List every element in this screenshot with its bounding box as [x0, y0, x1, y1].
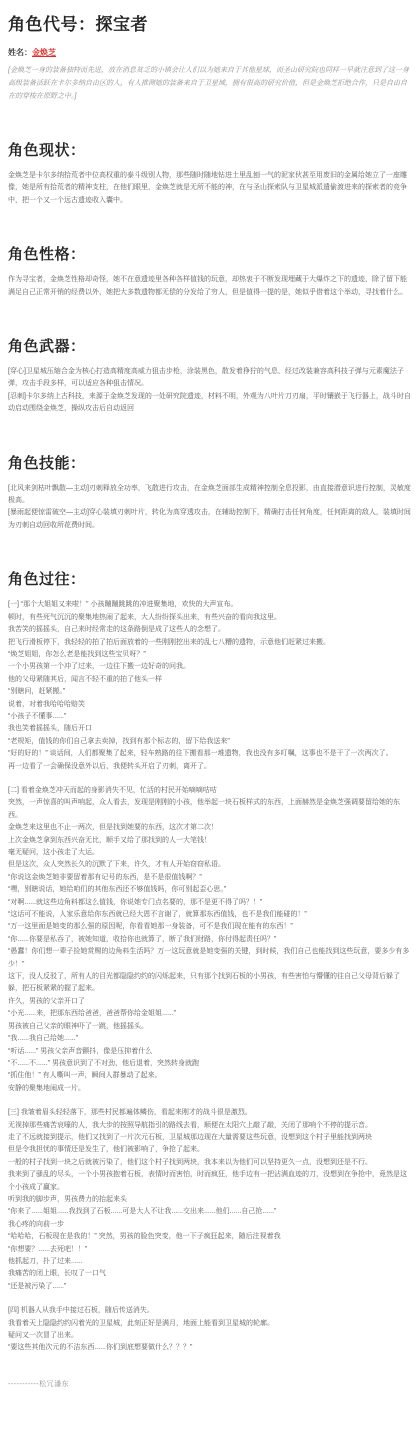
paragraph: “我......我自己给她......”: [8, 1033, 412, 1045]
paragraph: 疑问又一次冒了出来。: [8, 1330, 412, 1342]
paragraph: 但是令我担忧的事情还是发生了，他们被影响了，争抢了起来。: [8, 1144, 412, 1156]
paragraph: 一般的村子找到一块之后就被污染了，他们这个村子找到两块，我本来以为他们可以坚持更…: [8, 1157, 412, 1169]
paragraph: 上次金焕芝拿到东西兴奋无比，顺手又给了那找到的人一大笔钱！: [8, 835, 412, 847]
paragraph: [二] 看着金焕芝冲天而起的身影消失不见，忙活的村民开始嘀嘀咕咕: [8, 785, 412, 797]
paragraph: “要这些其他次元的不洁东西......你们到底想要做什么？？？”: [8, 1342, 412, 1354]
paragraph: 金焕芝来这里也不止一两次，但是找到她要的东西，这次才第二次！: [8, 822, 412, 834]
paragraph: “万一这里面是她变的那么强的原因呢，你看看她那一身装备，可不是我们现在能有的东西…: [8, 921, 412, 933]
paragraph: “这话可不能说，人家乐意给你东西就已经大恩不言谢了，就算那东西值钱，也不是我们能…: [8, 909, 412, 921]
paragraph: “别瞎问，赶紧搬。”: [8, 686, 412, 698]
paragraph: 说着，对着我哈哈哈赔笑: [8, 699, 412, 711]
paragraph: 一个小男孩第一个冲了过来，一边往下搬一边好奇的问我。: [8, 661, 412, 673]
paragraph: “老规矩，值钱的你们自己拿去卖掉，找到有那个标志的，留下给我送来”: [8, 736, 412, 748]
paragraph: “你......你要是私吞了，被她知道，收拾你也就算了，断了我们财路，你付得起责…: [8, 934, 412, 946]
paragraph: “焕芝姐姐，你怎么老是能找到这些宝贝呀？”: [8, 649, 412, 661]
section-heading: 角色过往：: [8, 568, 412, 589]
paragraph: 作为寻宝者，金焕芝性格却奇怪，她不在意遗迹里各种各样值钱的玩意，却热衷于不断发现…: [8, 274, 412, 299]
paragraph: 这下，没人反驳了，所有人的目光都隐隐约约的闪烁起来，只有那个找到石板的小男孩，有…: [8, 971, 412, 996]
paragraph: 走了不远就接到提示，他们又找到了一片次元石板，卫星城那边现在大量需要这些玩意，没…: [8, 1132, 412, 1144]
paragraph: “你来了......姐姐......我找到了石板......可是大人不让我...…: [8, 1206, 412, 1218]
paragraph: 他的父母紧随其后，闻言不轻不重的拍了他头一样: [8, 674, 412, 686]
paragraph: “哈哈哈，石板现在是我的！” 突然，男孩的脸色突变，他一下子疯狂起来，随后注视着…: [8, 1231, 412, 1243]
paragraph: [忍刺]卡尔多纳上古科技，来源于金焕芝发现的一处研究院遗迹，材料不明，外观为八叶…: [8, 391, 412, 416]
paragraph: 我来到了骚乱的尽头，一个小男孩抱着石板，表情时而害怕，时而疯狂，他手边有一把沾满…: [8, 1169, 412, 1194]
paragraph: “抓住他！” 有人嘶叫一声，瞬间人群暴动了起来。: [8, 1070, 412, 1082]
paragraph: 我看着天上隐隐约约闪着光的卫星城，此刻正好是满月，地面上能看到卫星城的轮廓。: [8, 1318, 412, 1330]
name-link[interactable]: 金焕芝: [32, 48, 56, 57]
paragraph: “你说这金焕芝她非要留着那有记号的东西，是不是很值钱啊？”: [8, 872, 412, 884]
paragraph: “愚蠢！你们想一辈子捡她赏赐的边角料生活吗？万一这玩意就是她变强的关键，到时候，…: [8, 946, 412, 971]
paragraph: “还是被污染了......”: [8, 1281, 412, 1293]
paragraph: [四] 机器人从我手中接过石板，随后传送消失。: [8, 1305, 412, 1317]
section-heading: 角色技能：: [8, 452, 412, 473]
section-heading: 角色现状：: [8, 139, 412, 160]
paragraph: 顿时，有些死气沉沉的聚集地热闹了起来，大人纷纷探头出来，有些兴奋的看向我这里。: [8, 612, 412, 624]
sections: 角色现状：金焕芝是卡尔多纳拾荒者中位高权重的泰斗级别人物，那些随时随地钻进土里乱…: [8, 139, 412, 1355]
paragraph: 再一边看了一会确保没意外以后，我便转头开启了刃刺，离开了。: [8, 761, 412, 773]
section-heading: 角色武器：: [8, 335, 412, 356]
paragraph: “对啊......就这些边角料都这么值钱，你说她专门点名要的，那不是更不得了吗？…: [8, 897, 412, 909]
paragraph: 把飞行滑板停下，我轻轻的拍了拍后面放着的一些刚刚挖出来的乱七八糟的遗物，示意他们…: [8, 637, 412, 649]
paragraph: “你想要？......去死吧！！”: [8, 1244, 412, 1256]
paragraph: 男孩被自己父亲的眼神吓了一跳，他摇摇头。: [8, 1021, 412, 1033]
section-heading: 角色性格：: [8, 243, 412, 264]
paragraph: 突然，一声惊喜的叫声响起，众人看去，发现是刚刚的小孩，他举起一块石板样式的东西，…: [8, 797, 412, 822]
page-title: 角色代号：探宝者: [8, 10, 412, 35]
paragraph: [北风来剑枯叶飘散—主动]刃刺释放全功率，飞散进行攻击，在金焕芝面部生成精神控制…: [8, 483, 412, 508]
paragraph: 他抓起刀，扑了过来......: [8, 1256, 412, 1268]
character-profile-document: 角色代号：探宝者 姓名：金焕芝 [金焕芝一身的装备独特而先进，放在消息贫乏的小镇…: [0, 0, 420, 1436]
paragraph: “不......不......” 男孩意识到了不对劲，他后退着，突然转身就跑: [8, 1058, 412, 1070]
paragraph: [三] 我皱着眉头轻轻落下，那些村民都遍体鳞伤，看起来刚才的战斗很是激烈。: [8, 1107, 412, 1119]
paragraph: 无视掉那些痛苦哀嚎的人，我大步的按照导航指引的路线去看，顺便在太阳穴上敲了敲，关…: [8, 1120, 412, 1132]
paragraph: [一] “那个大姐姐又来啦！” 小孩蹦蹦跳跳的冲进聚集地，欢快的大声宣布。: [8, 599, 412, 611]
paragraph-gap: [8, 1293, 412, 1305]
paragraph-gap: [8, 773, 412, 785]
paragraph: 我苦笑的摇摇头，自己来时经常走的这条路倒是成了这些人的念想了。: [8, 624, 412, 636]
name-label: 姓名：: [8, 48, 32, 57]
paragraph: 我心疼的向前一步: [8, 1219, 412, 1231]
paragraph: “嘿，别瞎说话，她给咱们的其他东西还不够值钱吗，你可别起歪心思。”: [8, 884, 412, 896]
paragraph-gap: [8, 1095, 412, 1107]
paragraph: “小孩子不懂事......”: [8, 711, 412, 723]
paragraph: “听话......” 男孩父亲声音颤抖，像是压抑着什么: [8, 1046, 412, 1058]
paragraph: 听到我的脚步声，男孩费力的抬起来头: [8, 1194, 412, 1206]
section: 角色性格：作为寻宝者，金焕芝性格却奇怪，她不在意遗迹里各种各样值钱的玩意，却热衷…: [8, 243, 412, 299]
paragraph: 我也笑着摇摇头，随后开口: [8, 723, 412, 735]
paragraph: 金焕芝是卡尔多纳拾荒者中位高权重的泰斗级别人物，那些随时随地钻进土里乱刨一气的泥…: [8, 170, 412, 207]
intro-paragraph: [金焕芝一身的装备独特而先进，放在消息贫乏的小镇会让人们以为她来自于其他星球，而…: [8, 64, 412, 103]
paragraph: 毫无疑问，这小孩走了大运。: [8, 847, 412, 859]
paragraph: “小光......来，把那东西给爸爸，爸爸帮你给金姐姐......”: [8, 1008, 412, 1020]
section: 角色技能：[北风来剑枯叶飘散—主动]刃刺释放全功率，飞散进行攻击，在金焕芝面部生…: [8, 452, 412, 533]
paragraph: 但是这次，众人突然长久的沉默了下来，许久，才有人开始窃窃私语。: [8, 859, 412, 871]
section: 角色现状：金焕芝是卡尔多纳拾荒者中位高权重的泰斗级别人物，那些随时随地钻进土里乱…: [8, 139, 412, 207]
section: 角色过往：[一] “那个大姐姐又来啦！” 小孩蹦蹦跳跳的冲进聚集地，欢快的大声宣…: [8, 568, 412, 1355]
paragraph: [穿心]卫星城压缩合金为核心打造高精度高威力狙击步枪，涂装黑色，散发着狰狞的气息…: [8, 366, 412, 391]
paragraph: “好的好的！” 谈话间，人们都聚集了起来，轻车熟路的往下搬看那一堆遗物，我也没有…: [8, 748, 412, 760]
paragraph: 安静的聚集地闹成一片。: [8, 1083, 412, 1095]
name-line: 姓名：金焕芝: [8, 47, 412, 58]
paragraph: 许久，男孩的父亲开口了: [8, 996, 412, 1008]
paragraph: [暴雨起便惊雷破空—主动]穿心装填刃刺叶片，转化为高穿透攻击，在辅助控制下，精确…: [8, 507, 412, 532]
section: 角色武器：[穿心]卫星城压缩合金为核心打造高精度高威力狙击步枪，涂装黑色，散发着…: [8, 335, 412, 416]
paragraph: 我痛苦的闭上眼，长叹了一口气: [8, 1268, 412, 1280]
author-signature: -----------松冗潘东: [8, 1379, 412, 1389]
